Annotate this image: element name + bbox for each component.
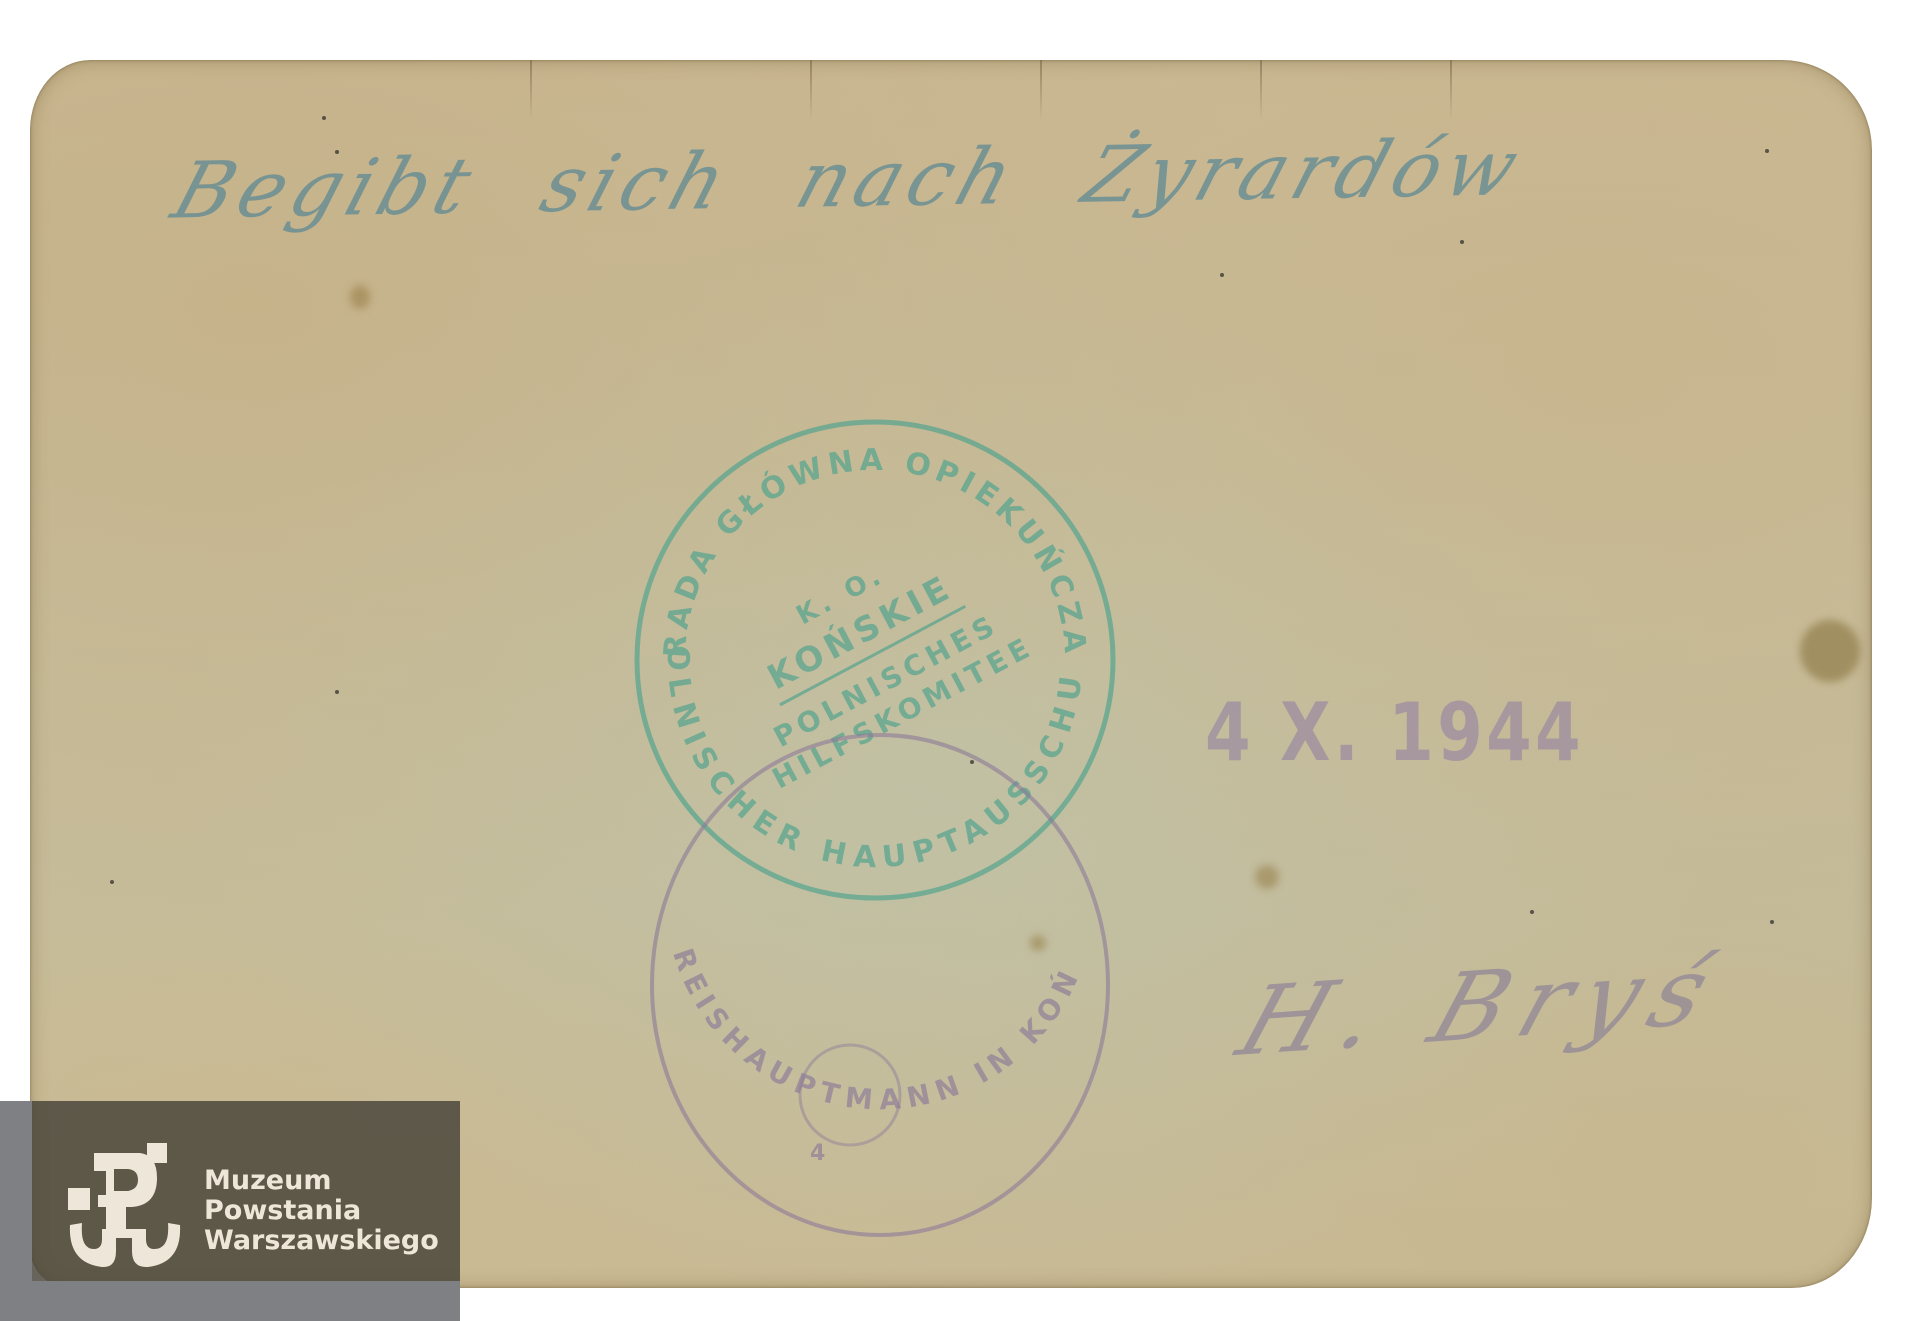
kotwica-anchor-icon <box>62 1143 187 1273</box>
museum-name-line2: Powstania <box>204 1196 439 1226</box>
paper-speck <box>1770 920 1774 924</box>
museum-name-line3: Warszawskiego <box>204 1226 439 1256</box>
stamp-inner-mark: 4 <box>810 1141 829 1166</box>
paper-crease <box>1040 60 1042 120</box>
green-committee-stamp: RADA GŁÓWNA OPIEKUŃCZA POLNISCHER HAUPTA… <box>630 415 1120 905</box>
paper-speck <box>1220 273 1224 277</box>
paper-speck <box>1530 910 1534 914</box>
svg-text:KREISHAUPTMANN IN KOŃSKI: KREISHAUPTMANN IN KOŃSKI <box>627 834 1086 1117</box>
rust-stain <box>350 285 370 309</box>
paper-speck <box>335 690 339 694</box>
paper-crease <box>1450 60 1452 120</box>
paper-crease <box>530 60 532 120</box>
museum-name: Muzeum Powstania Warszawskiego <box>204 1166 439 1256</box>
date-stamp: 4 X. 1944 <box>1205 686 1584 779</box>
paper-crease <box>1260 60 1262 120</box>
stamp-ring-text: KREISHAUPTMANN IN KOŃSKI <box>627 834 1086 1117</box>
water-stain <box>1800 620 1860 682</box>
paper-crease <box>810 60 812 120</box>
paper-speck <box>1765 149 1769 153</box>
museum-name-line1: Muzeum <box>204 1166 439 1196</box>
rust-stain <box>1255 865 1279 889</box>
paper-speck <box>110 880 114 884</box>
purple-kreishauptmann-stamp: KREISHAUPTMANN IN KOŃSKI 4 <box>640 835 1120 1255</box>
paper-speck <box>322 116 326 120</box>
paper-speck <box>1460 240 1464 244</box>
